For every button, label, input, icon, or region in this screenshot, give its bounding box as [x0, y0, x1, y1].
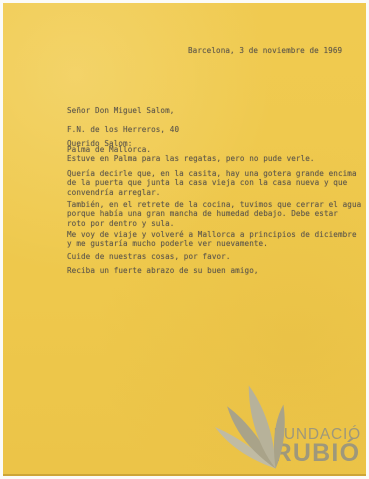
letter-paragraph: También, en el retrete de la cocina, tuv…: [67, 200, 361, 228]
letter-paragraph: Estuve en Palma para las regatas, pero n…: [67, 154, 315, 163]
lotus-leaf-icon: [208, 381, 286, 473]
logo-wordmark: FUNDACIÓ RUBIÓ: [274, 427, 361, 470]
recipient-street: F.N. de los Herreros, 40: [67, 125, 179, 135]
salutation: Querido Salom:: [67, 139, 132, 148]
closing-line: Reciba un fuerte abrazo de su buen amigo…: [67, 266, 259, 275]
fundacio-rubio-logo: FUNDACIÓ RUBIÓ: [208, 377, 361, 469]
recipient-name: Señor Don Miguel Salom,: [67, 106, 179, 116]
scanned-letter: Barcelona, 3 de noviembre de 1969 Señor …: [0, 0, 369, 479]
date-line: Barcelona, 3 de noviembre de 1969: [188, 46, 342, 55]
letter-paragraph: Quería decirle que, en la casita, hay un…: [67, 169, 357, 197]
logo-line-rubio: RUBIÓ: [274, 442, 361, 465]
letter-paragraph: Me voy de viaje y volveré a Mallorca a p…: [67, 230, 357, 249]
letter-paragraph: Cuide de nuestras cosas, por favor.: [67, 252, 231, 261]
letter-paper: Barcelona, 3 de noviembre de 1969 Señor …: [3, 3, 366, 476]
